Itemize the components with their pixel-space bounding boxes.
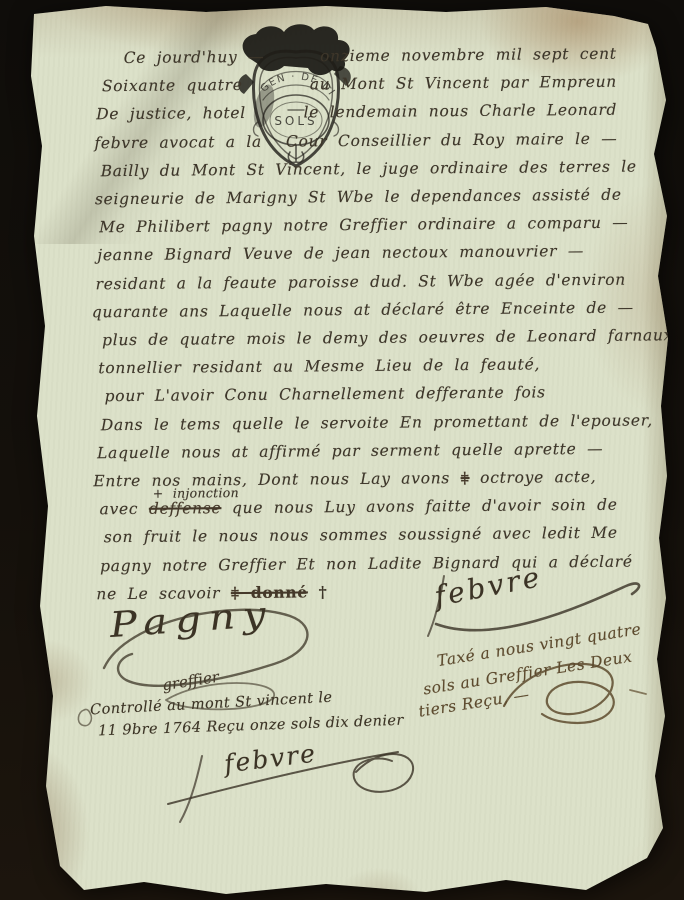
manuscript-line: quarante ans Laquelle nous at déclaré êt… — [92, 294, 619, 327]
correction: + injonctiondeffense — [149, 494, 222, 523]
line-segment: De justice, hotel — [96, 99, 246, 129]
signature-pagny-title: greffier — [161, 668, 220, 695]
manuscript-text-block: Ce jourd'huy — onzieme novembre mil sept… — [90, 40, 622, 609]
line-segment: febvre avocat a la — [94, 127, 262, 157]
manuscript-line: Laquelle nous at affirmé par serment que… — [93, 435, 620, 468]
line-segment: onzieme novembre mil sept cent — [320, 40, 617, 71]
line-segment: avec — [100, 500, 139, 518]
paper-sheet: GEN · DE DIJON SOLS Ce jourd'huy — onzie… — [26, 4, 668, 896]
manuscript-line: pagny notre Greffier Et non Ladite Bigna… — [94, 547, 621, 580]
manuscript-line: Soixante quatre au Mont St Vincent par E… — [90, 68, 617, 101]
cross-mark: † — [318, 582, 327, 601]
line-segment: Cour Conseillier du Roy maire le — — [286, 124, 618, 155]
line-segment: Entre nos mains, Dont nous Lay avons — [93, 469, 450, 490]
manuscript-line: De justice, hotel le lendemain nous Char… — [90, 96, 617, 129]
control-note-line2: 11 9bre 1764 Reçu onze sols dix denier — [98, 713, 404, 740]
manuscript-line: tonnellier residant au Mesme Lieu de la … — [92, 350, 619, 383]
manuscript-line: Dans le tems quelle le servoite En prome… — [93, 406, 620, 439]
line-segment: que nous Luy avons faitte d'avoir soin d… — [232, 496, 618, 517]
manuscript-line: jeanne Bignard Veuve de jean nectoux man… — [91, 237, 618, 270]
line-segment: Soixante quatre — [102, 71, 243, 100]
line-segment: le lendemain nous Charle Leonard — [303, 96, 617, 127]
manuscript-line: plus de quatre mois le demy des oeuvres … — [92, 322, 619, 355]
manuscript-line: Me Philibert pagny notre Greffier ordina… — [91, 209, 618, 242]
renvoi-mark: ‡ — [461, 468, 470, 487]
signature-febvre-bottom: febvre — [223, 738, 319, 778]
manuscript-line: pour L'avoir Conu Charnellement defferan… — [93, 378, 620, 411]
line-segment: octroye acte, — [480, 468, 596, 487]
manuscript-line: son fruit le nous nous sommes soussigné … — [94, 519, 621, 552]
paper-shadow-wrap: GEN · DE DIJON SOLS Ce jourd'huy — onzie… — [0, 0, 684, 900]
line-segment: Ce jourd'huy — — [124, 43, 265, 72]
manuscript-line: residant a la feaute paroisse dud. St Wb… — [92, 265, 619, 298]
manuscript-line: avec + injonctiondeffense que nous Luy a… — [93, 491, 620, 524]
manuscript-line: Ce jourd'huy — onzieme novembre mil sept… — [90, 40, 617, 73]
control-note-line1: Controllé au mont St vincent le — [90, 690, 333, 719]
manuscript-line: seigneurie de Marigny St Wbe le dependan… — [91, 181, 618, 214]
interline-insertion: + injonction — [153, 479, 239, 508]
manuscript-line: Bailly du Mont St Vincent, le juge ordin… — [91, 153, 618, 186]
manuscript-line: febvre avocat a la Cour Conseillier du R… — [90, 124, 617, 157]
scanned-document: GEN · DE DIJON SOLS Ce jourd'huy — onzie… — [0, 0, 684, 900]
torn-edge-shading — [638, 4, 668, 896]
line-segment: au Mont St Vincent par Empreun — [310, 68, 617, 99]
